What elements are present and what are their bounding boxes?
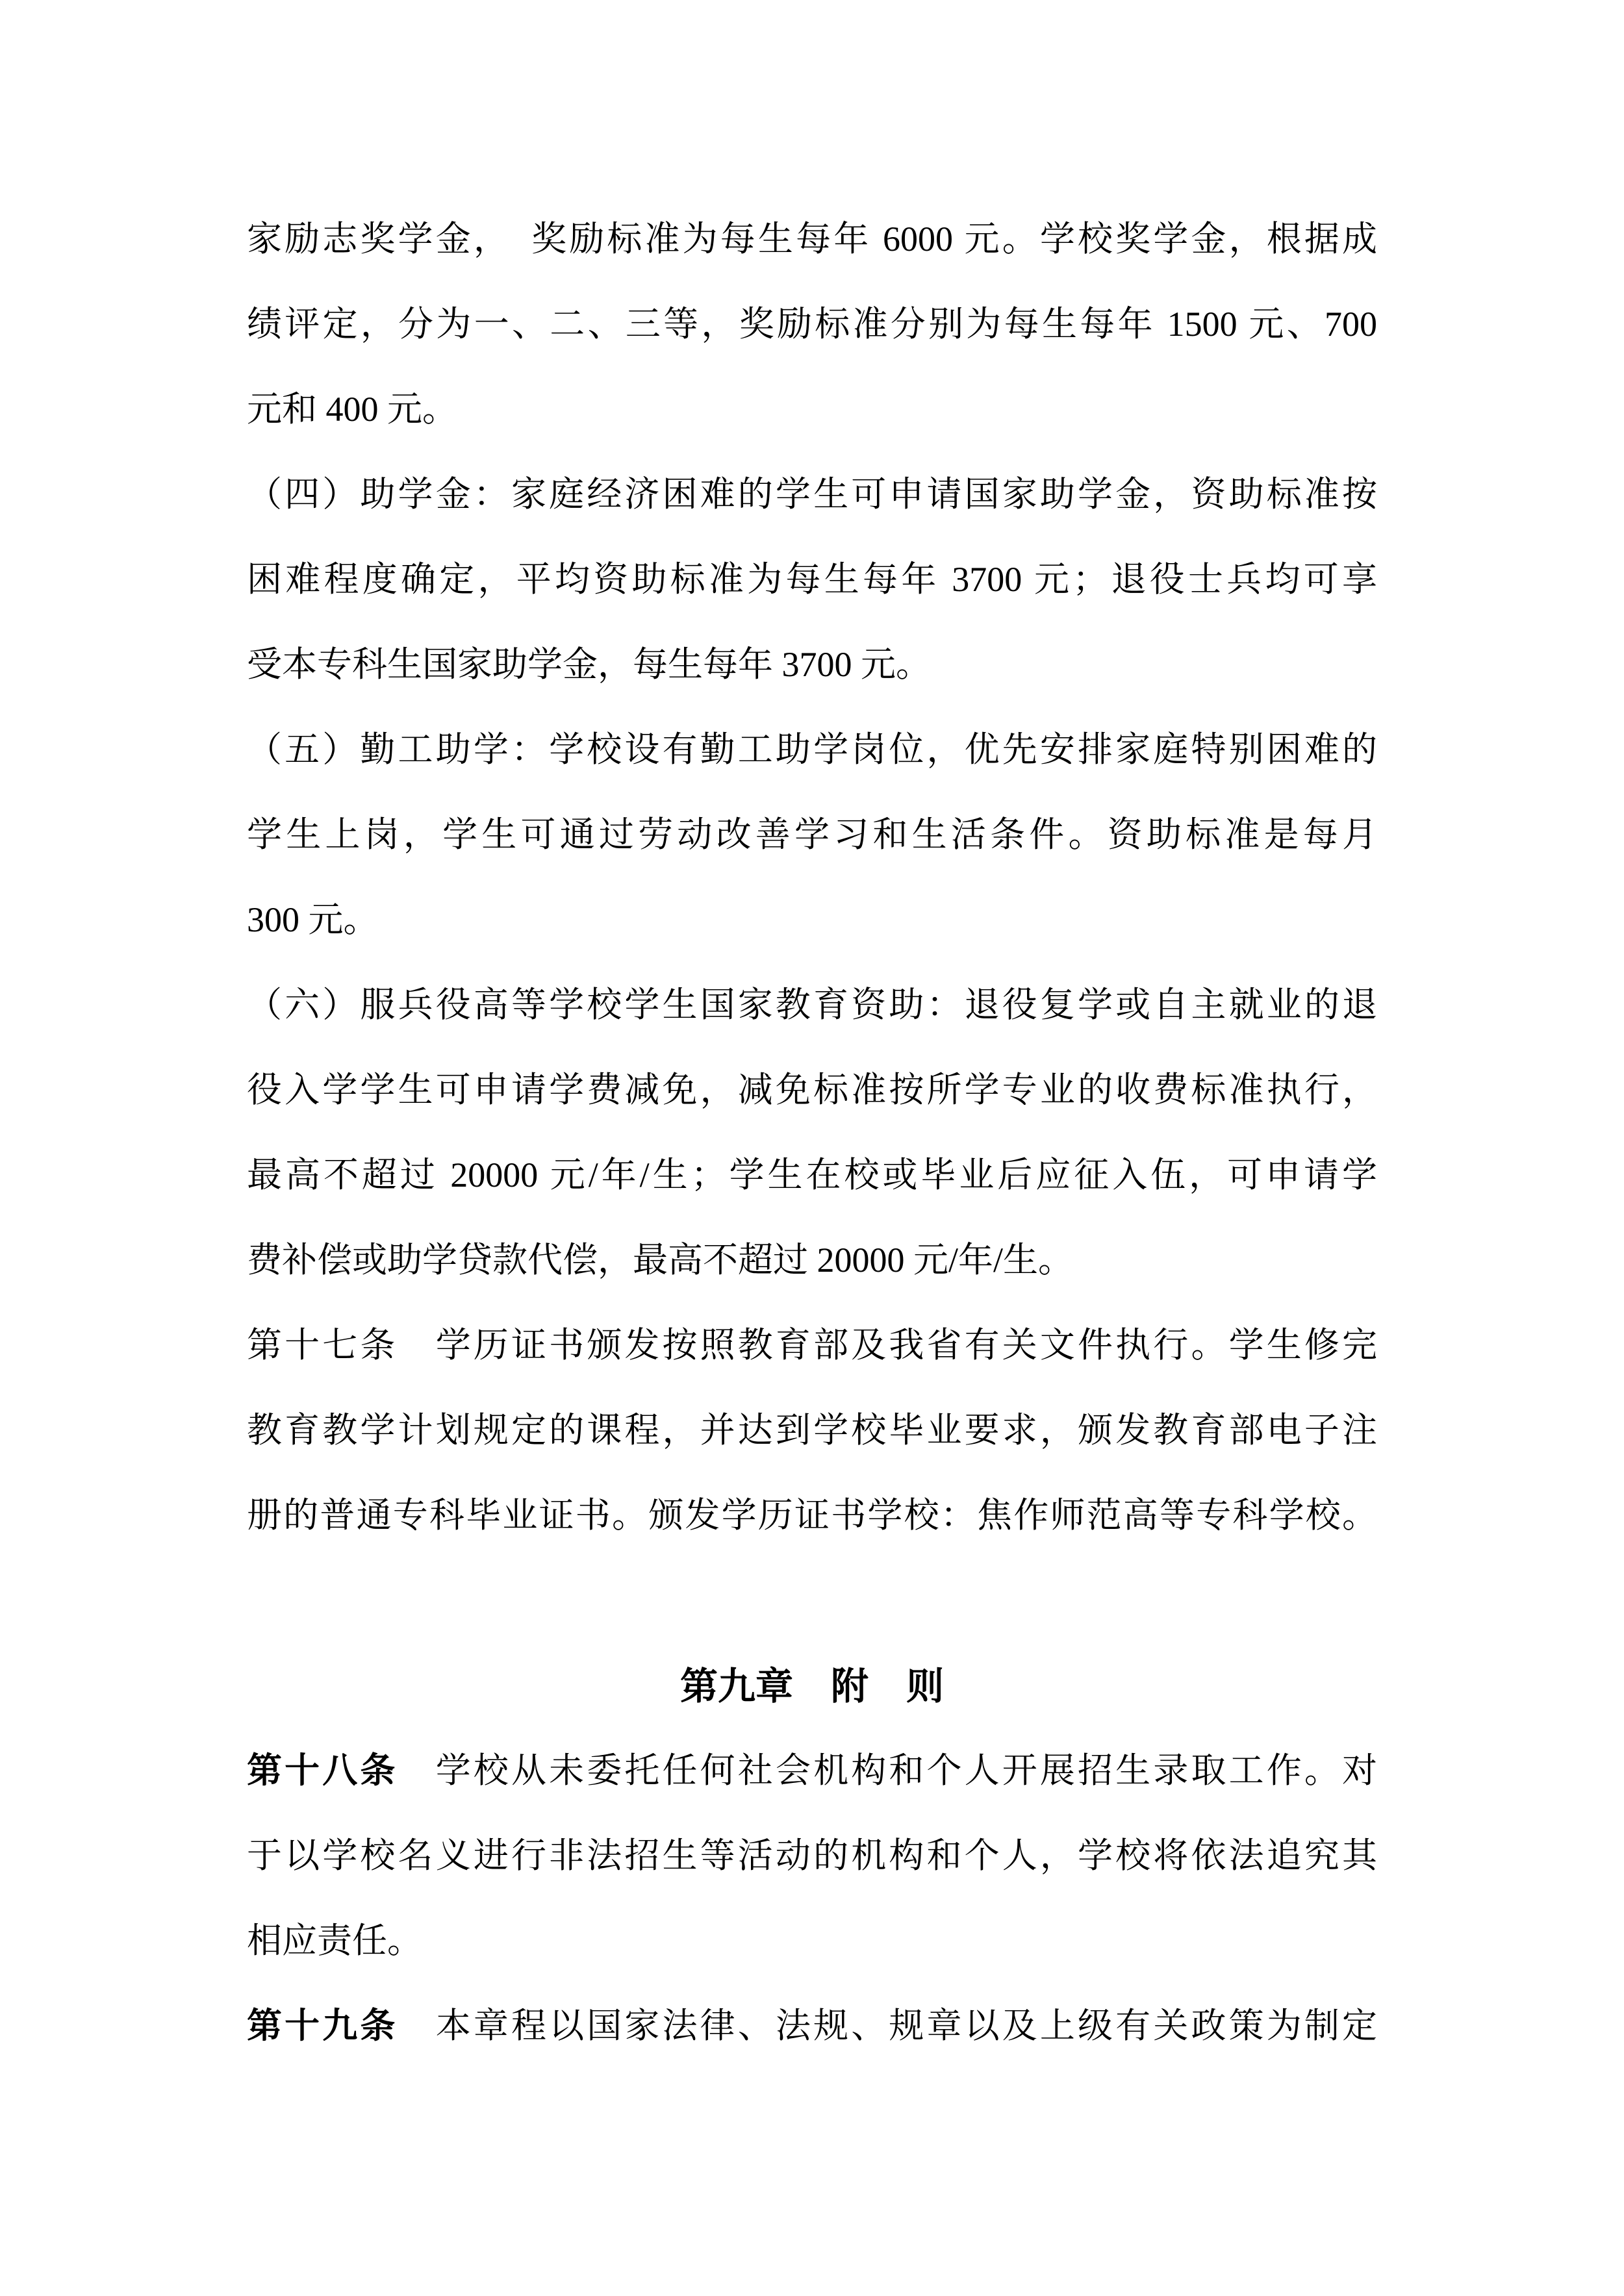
text-line: 绩评定，分为一、二、三等，奖励标准分别为每生每年 1500 元、700: [247, 301, 1377, 386]
article-number: 第十九条: [247, 2006, 398, 2045]
text-line: 于以学校名义进行非法招生等活动的机构和个人，学校将依法追究其: [247, 1832, 1377, 1917]
text-line: 役入学学生可申请学费减免，减免标准按所学专业的收费标准执行，: [247, 1066, 1377, 1152]
text-line: 受本专科生国家助学金，每生每年 3700 元。: [247, 641, 1377, 726]
text-line: 教育教学计划规定的课程，并达到学校毕业要求，颁发教育部电子注: [247, 1407, 1377, 1492]
chapter-heading: 第九章 附 则: [247, 1662, 1377, 1747]
text-line: （四）助学金：家庭经济困难的学生可申请国家助学金，资助标准按: [247, 471, 1377, 556]
article-text: 本章程以国家法律、法规、规章以及上级有关政策为制定: [398, 2006, 1377, 2045]
document-page: 家励志奖学金， 奖励标准为每生每年 6000 元。学校奖学金，根据成 绩评定，分…: [0, 0, 1624, 2296]
text-line: 学生上岗，学生可通过劳动改善学习和生活条件。资助标准是每月: [247, 811, 1377, 896]
text-line: 第十七条 学历证书颁发按照教育部及我省有关文件执行。学生修完: [247, 1322, 1377, 1407]
text-line: 300 元。: [247, 896, 1377, 981]
text-line: 相应责任。: [247, 1917, 1377, 2002]
blank-line: [247, 1577, 1377, 1662]
text-line: （五）勤工助学：学校设有勤工助学岗位，优先安排家庭特别困难的: [247, 726, 1377, 811]
text-line: 第十八条 学校从未委托任何社会机构和个人开展招生录取工作。对: [247, 1747, 1377, 1832]
text-line: 元和 400 元。: [247, 386, 1377, 471]
article-text: 学校从未委托任何社会机构和个人开展招生录取工作。对: [398, 1751, 1377, 1790]
text-line: 册的普通专科毕业证书。颁发学历证书学校：焦作师范高等专科学校。: [247, 1492, 1377, 1577]
text-line: 费补偿或助学贷款代偿，最高不超过 20000 元/年/生。: [247, 1237, 1377, 1322]
text-line: （六）服兵役高等学校学生国家教育资助：退役复学或自主就业的退: [247, 981, 1377, 1066]
article-number: 第十八条: [247, 1751, 398, 1790]
text-line: 困难程度确定，平均资助标准为每生每年 3700 元；退役士兵均可享: [247, 556, 1377, 641]
text-line: 最高不超过 20000 元/年/生；学生在校或毕业后应征入伍，可申请学: [247, 1152, 1377, 1237]
text-line: 家励志奖学金， 奖励标准为每生每年 6000 元。学校奖学金，根据成: [247, 216, 1377, 301]
text-line: 第十九条 本章程以国家法律、法规、规章以及上级有关政策为制定: [247, 2002, 1377, 2088]
